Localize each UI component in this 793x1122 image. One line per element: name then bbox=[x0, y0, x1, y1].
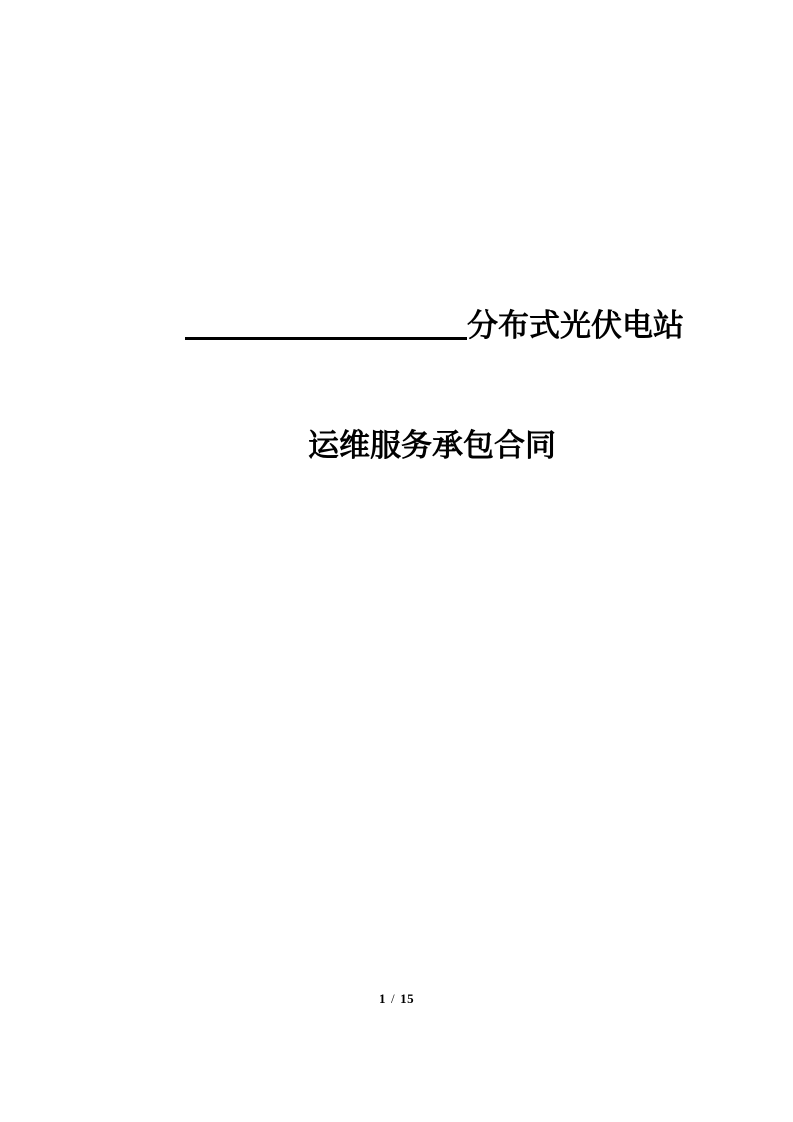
total-pages: 15 bbox=[400, 991, 414, 1006]
contract-subtitle: 运维服务承包合同 bbox=[308, 428, 556, 464]
document-page: 分布式光伏电站 运维服务承包合同 1/15 bbox=[0, 0, 793, 1122]
contract-title-line: 分布式光伏电站 bbox=[185, 308, 684, 344]
page-separator: / bbox=[391, 991, 395, 1007]
contract-title-suffix: 分布式光伏电站 bbox=[467, 308, 684, 344]
current-page-number: 1 bbox=[379, 991, 386, 1006]
page-footer: 1/15 bbox=[0, 991, 793, 1007]
fill-in-blank-underline bbox=[185, 337, 467, 340]
